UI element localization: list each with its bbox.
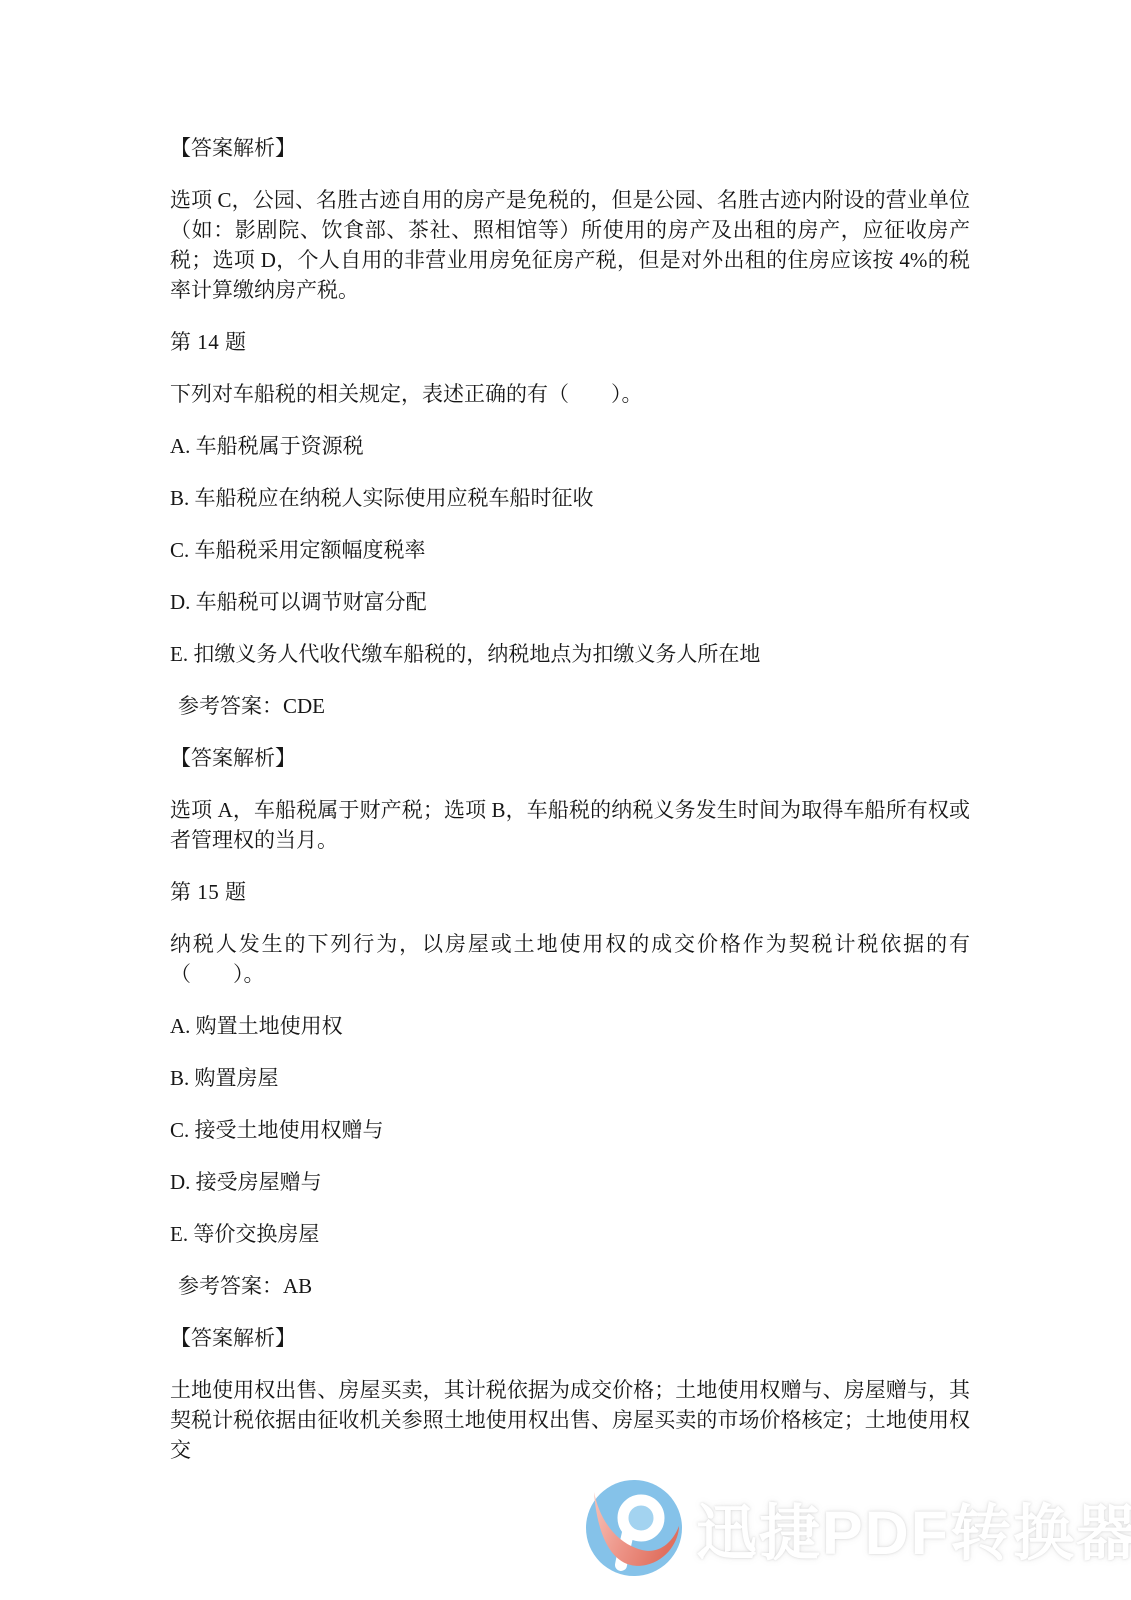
question-14-option-a: A. 车船税属于资源税 — [170, 431, 970, 461]
question-14-option-d: D. 车船税可以调节财富分配 — [170, 587, 970, 617]
question-14-analysis-heading: 【答案解析】 — [170, 743, 970, 773]
question-15-analysis-text: 土地使用权出售、房屋买卖，其计税依据为成交价格；土地使用权赠与、房屋赠与，其契税… — [170, 1375, 970, 1465]
question-15-heading: 第 15 题 — [170, 877, 970, 907]
question-15-stem: 纳税人发生的下列行为，以房屋或土地使用权的成交价格作为契税计税依据的有（ ）。 — [170, 929, 970, 989]
question-15-reference-answer: 参考答案：AB — [170, 1271, 970, 1301]
question-14-option-c: C. 车船税采用定额幅度税率 — [170, 535, 970, 565]
question-15-option-b: B. 购置房屋 — [170, 1063, 970, 1093]
question-15-analysis-heading: 【答案解析】 — [170, 1323, 970, 1353]
pdf-converter-logo-icon — [584, 1478, 684, 1578]
question-15-option-c: C. 接受土地使用权赠与 — [170, 1115, 970, 1145]
document-page: 【答案解析】 选项 C，公园、名胜古迹自用的房产是免税的，但是公园、名胜古迹内附… — [0, 0, 1131, 1600]
question-14-answer-label: 参考答案： — [178, 694, 283, 718]
question-14-analysis-text: 选项 A，车船税属于财产税；选项 B，车船税的纳税义务发生时间为取得车船所有权或… — [170, 795, 970, 855]
question-14-option-b: B. 车船税应在纳税人实际使用应税车船时征收 — [170, 483, 970, 513]
question-14-answer-value: CDE — [283, 694, 325, 718]
question-14-heading: 第 14 题 — [170, 327, 970, 357]
question-15-answer-label: 参考答案： — [178, 1274, 283, 1298]
page-content: 【答案解析】 选项 C，公园、名胜古迹自用的房产是免税的，但是公园、名胜古迹内附… — [170, 133, 970, 1487]
question-15-option-d: D. 接受房屋赠与 — [170, 1167, 970, 1197]
watermark: 迅捷PDF转换器 — [584, 1476, 1131, 1580]
watermark-brand-text: 迅捷PDF转换器 — [696, 1485, 1131, 1572]
question-15-option-a: A. 购置土地使用权 — [170, 1011, 970, 1041]
question-14-reference-answer: 参考答案：CDE — [170, 691, 970, 721]
question-14-option-e: E. 扣缴义务人代收代缴车船税的，纳税地点为扣缴义务人所在地 — [170, 639, 970, 669]
question-14-stem: 下列对车船税的相关规定，表述正确的有（ ）。 — [170, 379, 970, 409]
question-15-option-e: E. 等价交换房屋 — [170, 1219, 970, 1249]
question-15-answer-value: AB — [283, 1274, 312, 1298]
previous-answer-analysis-text: 选项 C，公园、名胜古迹自用的房产是免税的，但是公园、名胜古迹内附设的营业单位（… — [170, 185, 970, 305]
previous-answer-analysis-heading: 【答案解析】 — [170, 133, 970, 163]
